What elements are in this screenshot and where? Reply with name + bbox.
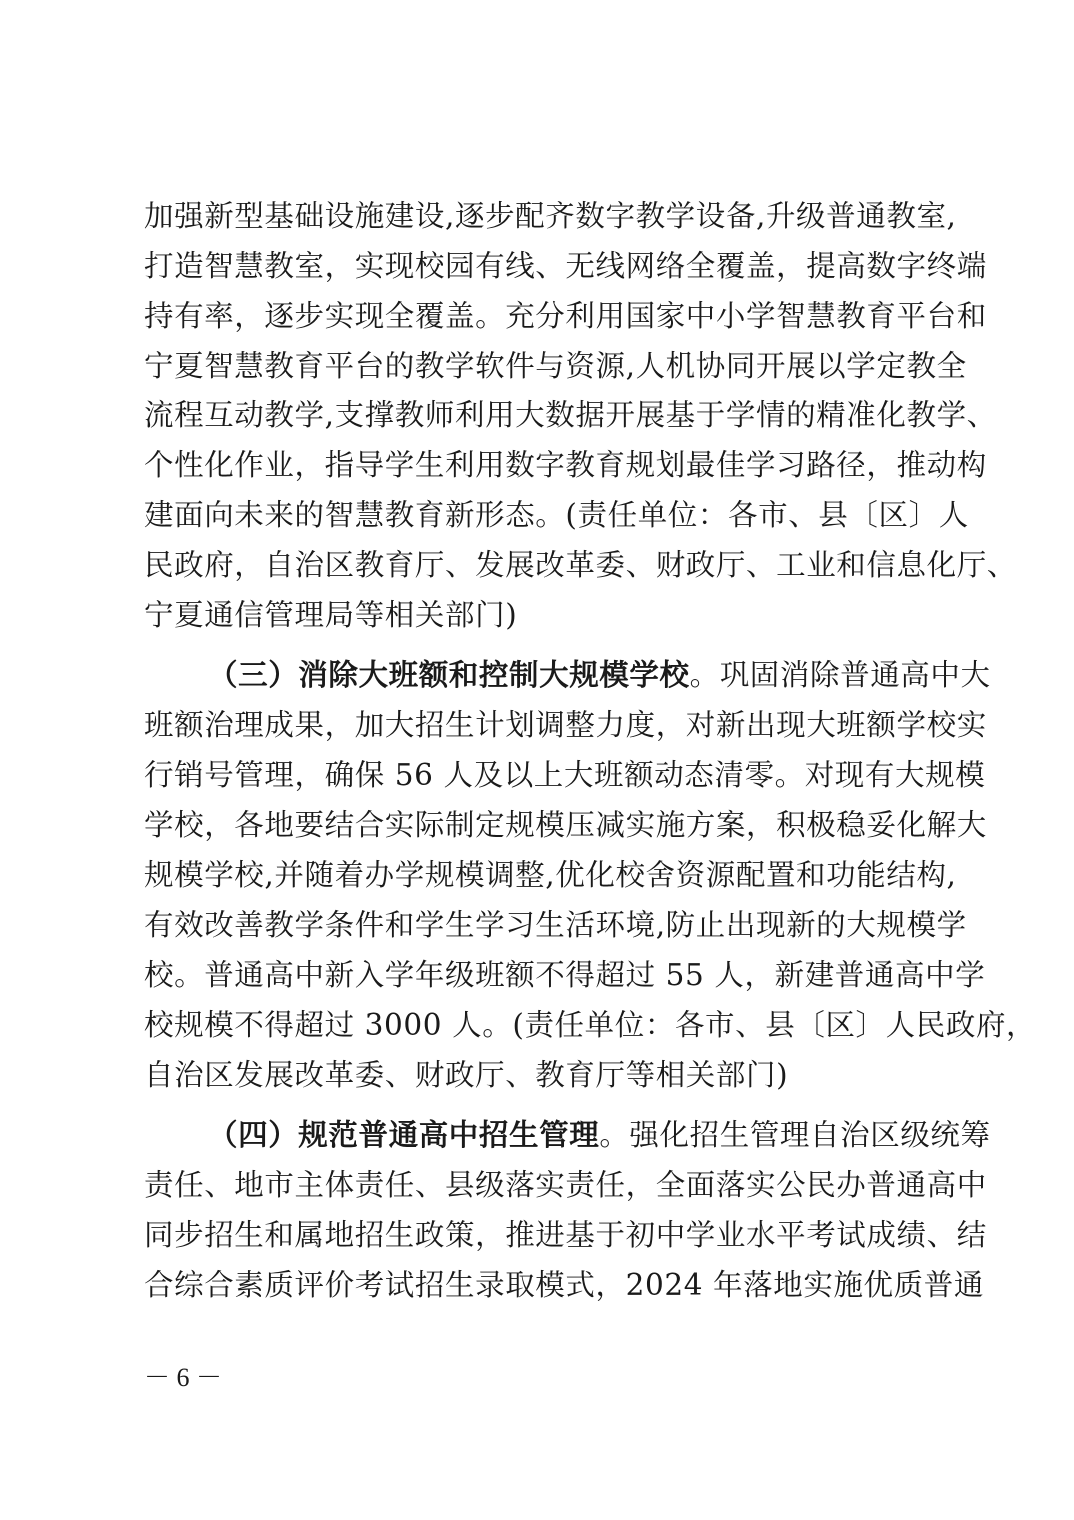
section-3-heading: （三）消除大班额和控制大规模学校: [208, 657, 690, 692]
section-4-first-line: （四）规范普通高中招生管理。强化招生管理自治区级统筹: [208, 1117, 954, 1153]
paragraph-line: 宁夏通信管理局等相关部门): [144, 597, 954, 633]
paragraph-line: 建面向未来的智慧教育新形态。(责任单位：各市、县〔区〕人: [144, 497, 954, 533]
paragraph-line: 持有率，逐步实现全覆盖。充分利用国家中小学智慧教育平台和: [144, 298, 954, 334]
paragraph-line: 自治区发展改革委、财政厅、教育厅等相关部门): [144, 1057, 954, 1093]
paragraph-line: 民政府，自治区教育厅、发展改革委、财政厅、工业和信息化厅、: [144, 547, 954, 583]
section-3-heading-tail: 。巩固消除普通高中大: [690, 658, 991, 692]
paragraph-line: 有效改善教学条件和学生学习生活环境,防止出现新的大规模学: [144, 907, 954, 943]
paragraph-line: 打造智慧教室，实现校园有线、无线网络全覆盖，提高数字终端: [144, 248, 954, 284]
paragraph-line: 校规模不得超过 3000 人。(责任单位：各市、县〔区〕人民政府，: [144, 1007, 954, 1043]
paragraph-line: 合综合素质评价考试招生录取模式，2024 年落地实施优质普通: [144, 1267, 954, 1303]
paragraph-line: 学校，各地要结合实际制定规模压减实施方案，积极稳妥化解大: [144, 807, 954, 843]
paragraph-line: 规模学校,并随着办学规模调整,优化校舍资源配置和功能结构,: [144, 857, 954, 893]
page-number: － 6 －: [144, 1362, 222, 1394]
paragraph-line: 宁夏智慧教育平台的教学软件与资源,人机协同开展以学定教全: [144, 348, 954, 384]
paragraph-line: 校。普通高中新入学年级班额不得超过 55 人，新建普通高中学: [144, 957, 954, 993]
document-page: 加强新型基础设施建设,逐步配齐数字教学设备,升级普通教室, 打造智慧教室，实现校…: [0, 0, 1074, 1520]
paragraph-line: 流程互动教学,支撑教师利用大数据开展基于学情的精准化教学、: [144, 397, 954, 433]
paragraph-line: 同步招生和属地招生政策，推进基于初中学业水平考试成绩、结: [144, 1217, 954, 1253]
paragraph-line: 班额治理成果，加大招生计划调整力度，对新出现大班额学校实: [144, 707, 954, 743]
paragraph-line: 个性化作业，指导学生利用数字教育规划最佳学习路径，推动构: [144, 447, 954, 483]
section-4-heading-tail: 。强化招生管理自治区级统筹: [599, 1118, 990, 1152]
section-3-first-line: （三）消除大班额和控制大规模学校。巩固消除普通高中大: [208, 657, 954, 693]
paragraph-line: 责任、地市主体责任、县级落实责任，全面落实公民办普通高中: [144, 1167, 954, 1203]
paragraph-line: 加强新型基础设施建设,逐步配齐数字教学设备,升级普通教室,: [144, 198, 954, 234]
section-4-heading: （四）规范普通高中招生管理: [208, 1117, 599, 1152]
paragraph-line: 行销号管理，确保 56 人及以上大班额动态清零。对现有大规模: [144, 757, 954, 793]
